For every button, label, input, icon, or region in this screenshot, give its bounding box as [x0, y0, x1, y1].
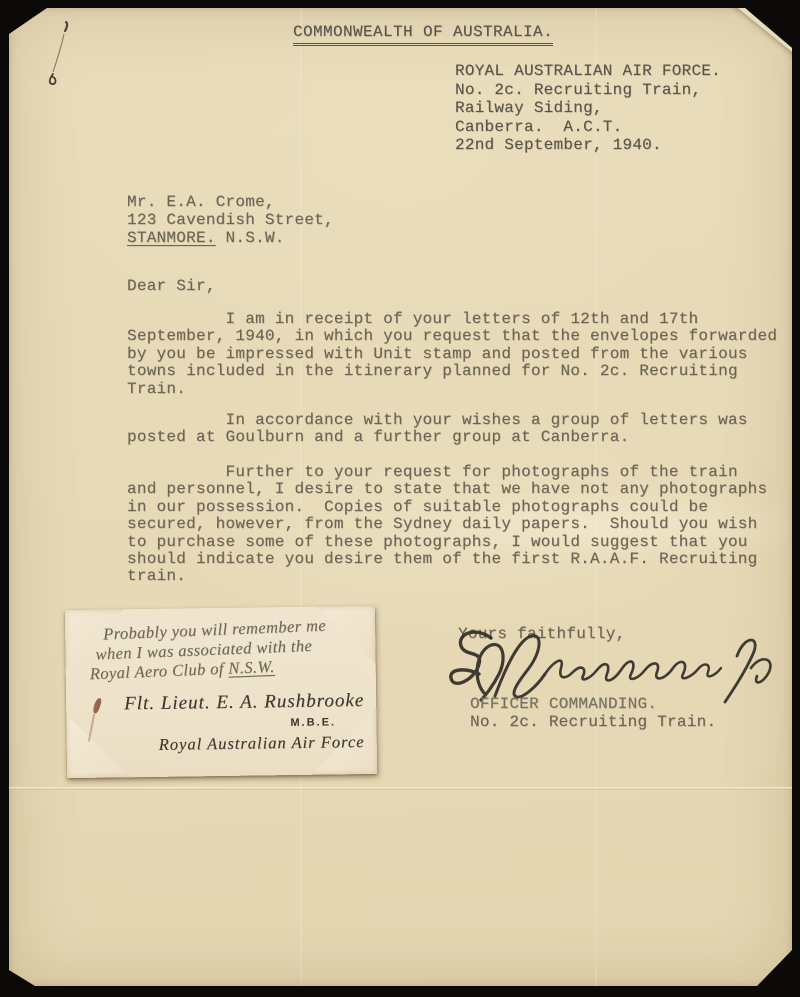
signoff-unit: No. 2c. Recruiting Train. [470, 713, 716, 731]
paragraph-3: Further to your request for photographs … [127, 464, 767, 586]
ink-blot [92, 697, 102, 714]
recipient-name: Mr. E.A. Crome, [127, 193, 275, 211]
recipient-state: N.S.W. [216, 229, 285, 247]
letter-paper: COMMONWEALTH OF AUSTRALIA. ROYAL AUSTRAL… [9, 8, 792, 986]
business-card: Probably you will remember me when I was… [65, 606, 377, 778]
sender-address-block: ROYAL AUSTRALIAN AIR FORCE. No. 2c. Recr… [455, 62, 721, 155]
paper-crease [9, 787, 792, 790]
ink-smear [88, 714, 95, 742]
recipient-street: 123 Cavendish Street, [127, 211, 334, 229]
pen-mark [31, 12, 91, 102]
card-note-line3-underlined: N.S.W. [228, 657, 275, 678]
signoff-title: OFFICER COMMANDING. [470, 695, 657, 713]
scanned-letter-page: { "letter": { "heading": "COMMONWEALTH O… [0, 0, 800, 997]
salutation: Dear Sir, [127, 277, 216, 295]
card-printed-name: Flt. Lieut. E. A. Rushbrooke [124, 690, 364, 715]
recipient-suburb: STANMORE. [127, 229, 216, 247]
folded-corner [721, 0, 800, 58]
card-printed-organisation: Royal Australian Air Force [159, 732, 365, 755]
recipient-address-block: Mr. E.A. Crome, 123 Cavendish Street, ST… [127, 193, 334, 247]
card-honorific: M.B.E. [290, 716, 336, 729]
paragraph-2: In accordance with your wishes a group o… [127, 412, 748, 447]
paragraph-1: I am in receipt of your letters of 12th … [127, 311, 777, 398]
photo-corner-icon [66, 713, 131, 778]
letter-heading: COMMONWEALTH OF AUSTRALIA. [293, 23, 553, 46]
